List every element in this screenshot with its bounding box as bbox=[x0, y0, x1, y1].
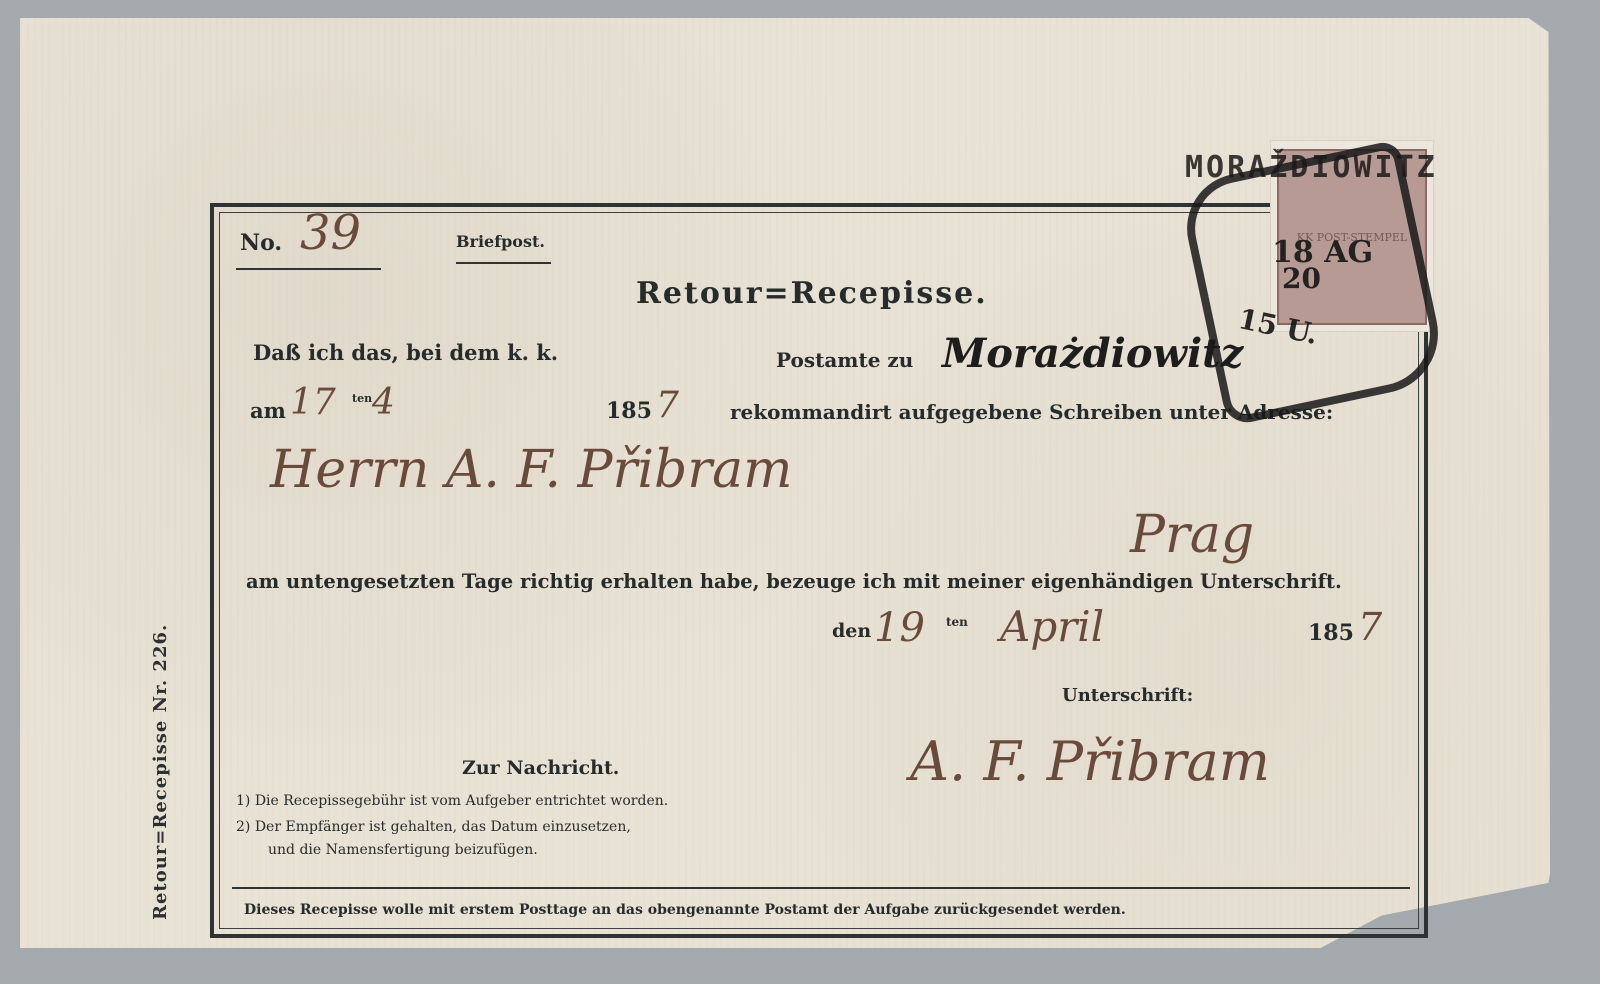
received-year-prefix: 185 bbox=[1308, 620, 1354, 646]
received-month: April bbox=[1000, 602, 1104, 651]
sent-day: 17 bbox=[290, 382, 336, 423]
signature-value: A. F. Přibram bbox=[910, 730, 1270, 793]
note-item-3: und die Namensfertigung beizufügen. bbox=[268, 842, 538, 858]
number-label: No. bbox=[240, 230, 282, 256]
sent-day-suffix: ten bbox=[352, 392, 372, 405]
number-value: 39 bbox=[300, 205, 361, 261]
post-office-name: Morażdiowitz bbox=[942, 330, 1243, 377]
form-title: Retour=Recepisse. bbox=[636, 276, 988, 311]
note-item-1: 1) Die Recepissegebühr ist vom Aufgeber … bbox=[236, 793, 668, 809]
category-underline bbox=[456, 262, 551, 264]
number-underline bbox=[236, 268, 381, 270]
body-line1-prefix: Daß ich das, bei dem k. k. bbox=[253, 340, 558, 365]
category-label: Briefpost. bbox=[456, 232, 545, 251]
footer-rule bbox=[232, 887, 1410, 889]
sent-year-suffix: 7 bbox=[656, 385, 679, 426]
signature-label: Unterschrift: bbox=[1062, 685, 1193, 706]
recipient-name: Herrn A. F. Přibram bbox=[270, 440, 792, 500]
body-line2-am: am bbox=[250, 398, 286, 423]
sent-month: 4 bbox=[372, 382, 395, 423]
side-label: Retour=Recepisse Nr. 226. bbox=[150, 624, 171, 920]
note-item-2: 2) Der Empfänger ist gehalten, das Datum… bbox=[236, 819, 631, 835]
postmark-town: MORAŽDIOWITZ bbox=[1185, 150, 1438, 185]
body-line3: am untengesetzten Tage richtig erhalten … bbox=[246, 570, 1342, 593]
sent-year-prefix: 185 bbox=[606, 398, 652, 424]
den-label: den bbox=[832, 620, 871, 642]
body-line1-mid: Postamte zu bbox=[776, 348, 913, 372]
received-day-suffix: ten bbox=[946, 615, 968, 629]
recipient-city: Prag bbox=[1130, 505, 1254, 565]
postmark-day: 20 bbox=[1282, 262, 1321, 295]
footer-text: Dieses Recepisse wolle mit erstem Postta… bbox=[244, 902, 1126, 918]
received-year-suffix: 7 bbox=[1358, 605, 1382, 649]
notes-title: Zur Nachricht. bbox=[462, 757, 619, 779]
received-day: 19 bbox=[874, 605, 925, 651]
